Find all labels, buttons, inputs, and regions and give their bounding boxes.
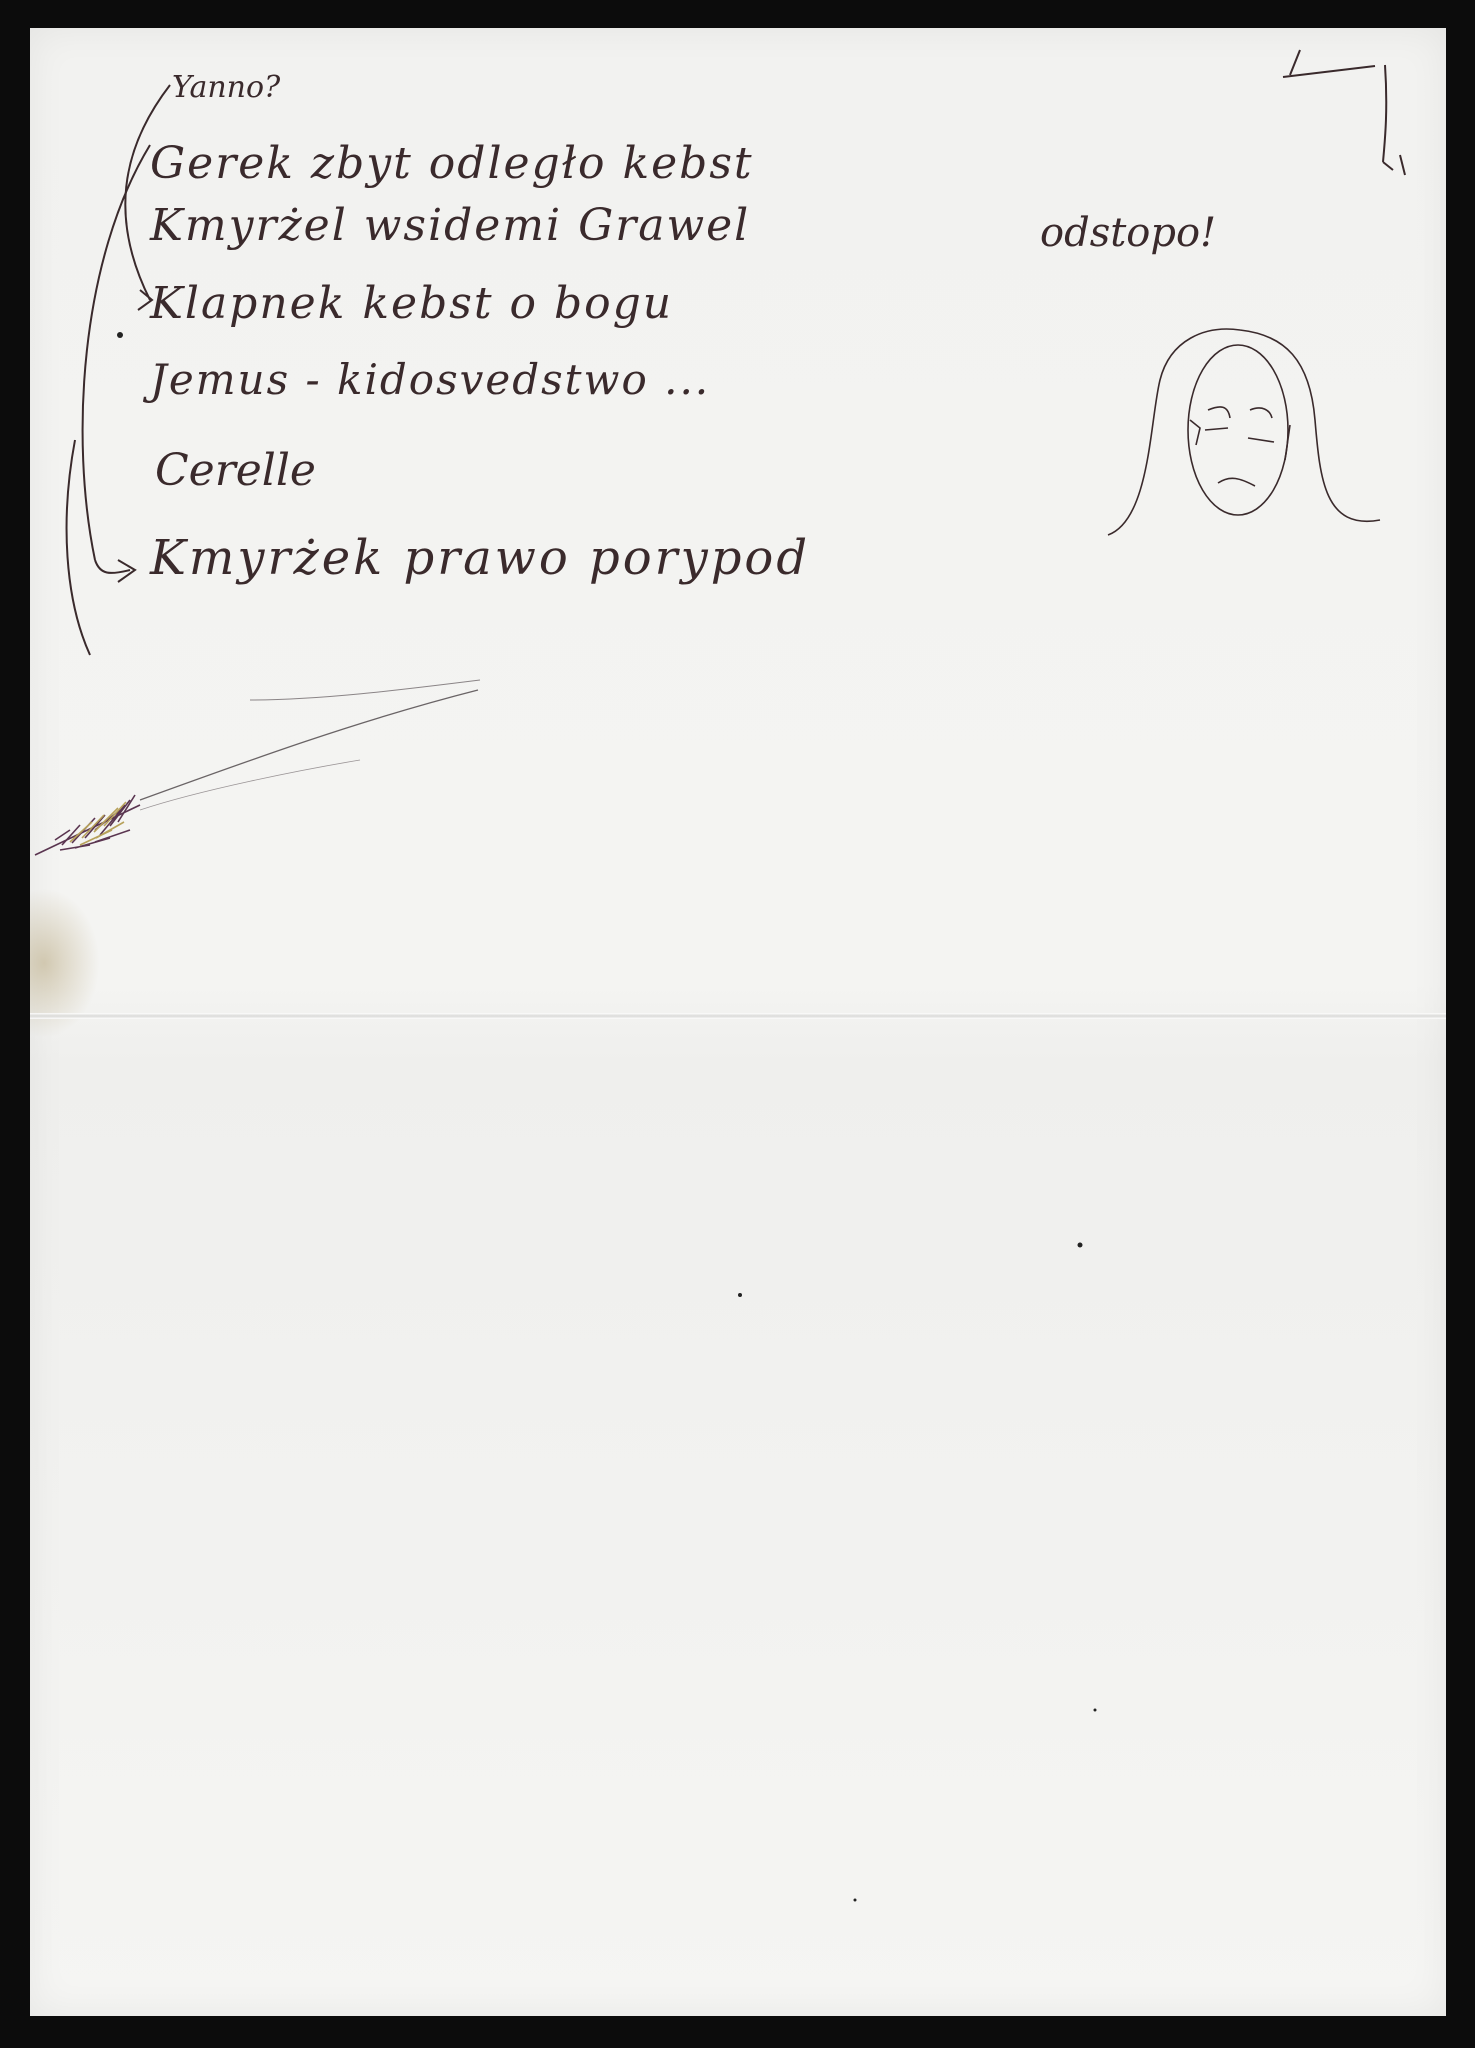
- wheat-spike-icon: [35, 680, 480, 855]
- bracket-arrow-icon: [67, 85, 170, 655]
- paper-specks: [117, 332, 1097, 1902]
- drawing-layer: [0, 0, 1475, 2048]
- face-sketch-icon: [1108, 329, 1380, 535]
- corner-mark-icon: [1283, 50, 1405, 175]
